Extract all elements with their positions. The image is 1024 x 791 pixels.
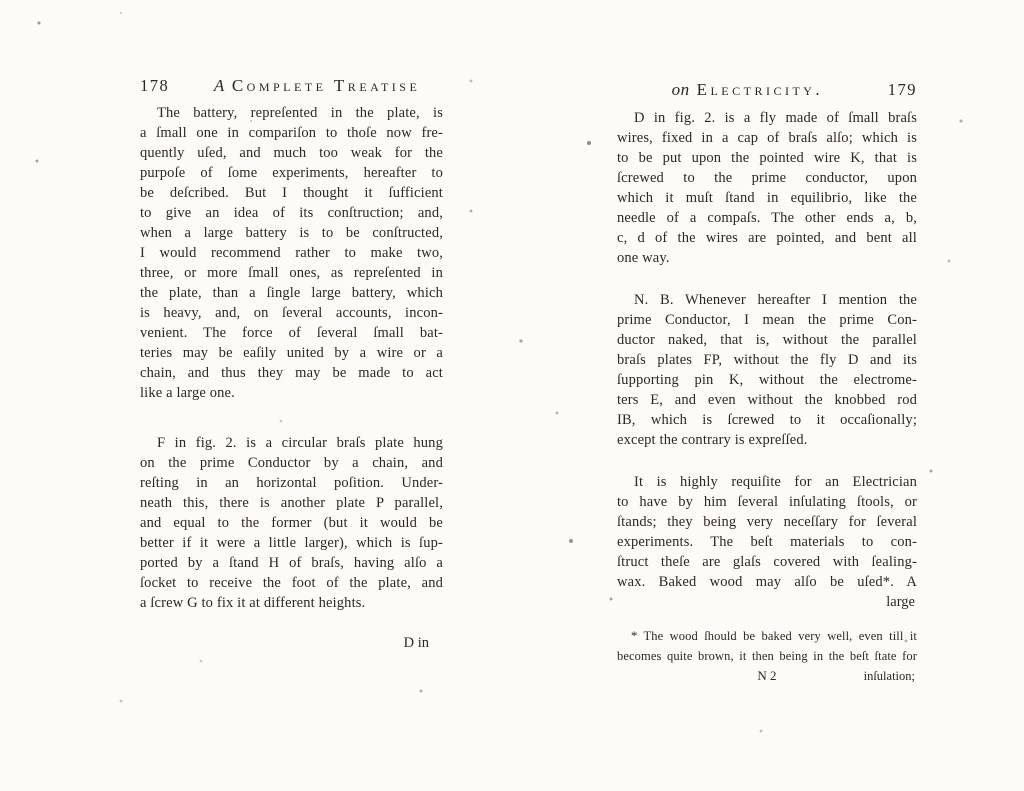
- text-line: ductor naked, that is, without the paral…: [617, 330, 917, 350]
- right-title-lead: on: [672, 80, 690, 99]
- signature-line: N 2 inſulation;: [617, 666, 917, 686]
- text-line: better if it were a little larger), whic…: [140, 533, 443, 553]
- text-line: c, d of the wires are pointed, and bent …: [617, 228, 917, 248]
- text-line: ſtands; they being very neceſſary for ſe…: [617, 512, 917, 532]
- text-line: a ſmall one in compariſon to thoſe now f…: [140, 123, 443, 143]
- gathering-signature: N 2: [757, 668, 776, 683]
- right-paragraph-1: D in fig. 2. is a fly made of ſmall braſ…: [617, 108, 917, 268]
- right-catchword: large: [617, 592, 917, 612]
- right-paragraph-3: It is highly requiſite for an Electricia…: [617, 472, 917, 592]
- text-line: teries may be eaſily united by a wire or…: [140, 343, 443, 363]
- right-paragraph-2: N. B. Whenever hereafter I mention the p…: [617, 290, 917, 450]
- text-line: venient. The force of ſeveral ſmall bat-: [140, 323, 443, 343]
- text-line: three, or more ſmall ones, as repreſente…: [140, 263, 443, 283]
- book-scan-spread: 178 AComplete Treatise The battery, repr…: [0, 0, 1024, 791]
- text-line: purpoſe of ſome experiments, hereafter t…: [140, 163, 443, 183]
- text-line: chain, and thus they may be made to act: [140, 363, 443, 383]
- text-line: reſting in an horizontal poſition. Under…: [140, 473, 443, 493]
- text-line: on the prime Conductor by a chain, and: [140, 453, 443, 473]
- text-line: to be put upon the pointed wire K, that …: [617, 148, 917, 168]
- text-line: ſupporting pin K, without the electrome-: [617, 370, 917, 390]
- text-line: the plate, than a ſingle large battery, …: [140, 283, 443, 303]
- right-running-header: onElectricity. 179: [617, 80, 917, 100]
- left-page-number: 178: [140, 76, 169, 96]
- text-line: to have by him ſeveral inſulating ſtools…: [617, 492, 917, 512]
- left-title-lead: A: [214, 76, 225, 95]
- text-line: which it muſt ſtand in equilibrio, like …: [617, 188, 917, 208]
- right-page: onElectricity. 179 D in fig. 2. is a fly…: [617, 80, 917, 686]
- text-line: wax. Baked wood may alſo be uſed*. A: [617, 572, 917, 592]
- text-line: F in fig. 2. is a circular braſs plate h…: [140, 433, 443, 453]
- text-line: It is highly requiſite for an Electricia…: [617, 472, 917, 492]
- text-line: ters E, and even without the knobbed rod: [617, 390, 917, 410]
- text-line: like a large one.: [140, 383, 443, 403]
- text-line: I would recommend rather to make two,: [140, 243, 443, 263]
- text-line: except the contrary is expreſſed.: [617, 430, 917, 450]
- footnote-line: becomes quite brown, it then being in th…: [617, 646, 917, 666]
- text-line: a ſcrew G to fix it at different heights…: [140, 593, 443, 613]
- text-line: braſs plates FP, without the fly D and i…: [617, 350, 917, 370]
- right-title-caps: Electricity.: [697, 80, 824, 99]
- left-paragraph-1: The battery, repreſented in the plate, i…: [140, 103, 443, 403]
- text-line: ported by a ſtand H of braſs, having alſ…: [140, 553, 443, 573]
- footnote: * The wood ſhould be baked very well, ev…: [617, 626, 917, 686]
- text-line: to give an idea of its conſtruction; and…: [140, 203, 443, 223]
- footnote-catchword: inſulation;: [864, 666, 915, 686]
- text-line: quently uſed, and much too weak for the: [140, 143, 443, 163]
- left-running-title: AComplete Treatise: [169, 76, 443, 96]
- left-paragraph-2: F in fig. 2. is a circular braſs plate h…: [140, 433, 443, 613]
- text-line: ſocket to receive the foot of the plate,…: [140, 573, 443, 593]
- text-line: needle of a compaſs. The other ends a, b…: [617, 208, 917, 228]
- left-catchword: D in: [140, 633, 443, 653]
- text-line: The battery, repreſented in the plate, i…: [140, 103, 443, 123]
- text-line: when a large battery is to be conſtructe…: [140, 223, 443, 243]
- text-line: neath this, there is another plate P par…: [140, 493, 443, 513]
- text-line: D in fig. 2. is a fly made of ſmall braſ…: [617, 108, 917, 128]
- left-page: 178 AComplete Treatise The battery, repr…: [140, 76, 443, 653]
- text-line: prime Conductor, I mean the prime Con-: [617, 310, 917, 330]
- text-line: is heavy, and, on ſeveral accounts, inco…: [140, 303, 443, 323]
- text-line: and equal to the former (but it would be: [140, 513, 443, 533]
- left-title-caps: Complete Treatise: [232, 76, 421, 95]
- text-line: N. B. Whenever hereafter I mention the: [617, 290, 917, 310]
- text-line: wires, fixed in a cap of braſs alſo; whi…: [617, 128, 917, 148]
- text-line: IB, which is ſcrewed to it occaſionally;: [617, 410, 917, 430]
- text-line: experiments. The beſt materials to con-: [617, 532, 917, 552]
- scan-noise-specks: [0, 0, 2, 2]
- footnote-line: * The wood ſhould be baked very well, ev…: [617, 626, 917, 646]
- text-line: be deſcribed. But I thought it ſufficien…: [140, 183, 443, 203]
- right-page-number: 179: [888, 80, 917, 100]
- left-running-header: 178 AComplete Treatise: [140, 76, 443, 96]
- text-line: ſtruct theſe are glaſs covered with ſeal…: [617, 552, 917, 572]
- text-line: ſcrewed to the prime conductor, upon: [617, 168, 917, 188]
- right-running-title: onElectricity.: [617, 80, 888, 100]
- text-line: one way.: [617, 248, 917, 268]
